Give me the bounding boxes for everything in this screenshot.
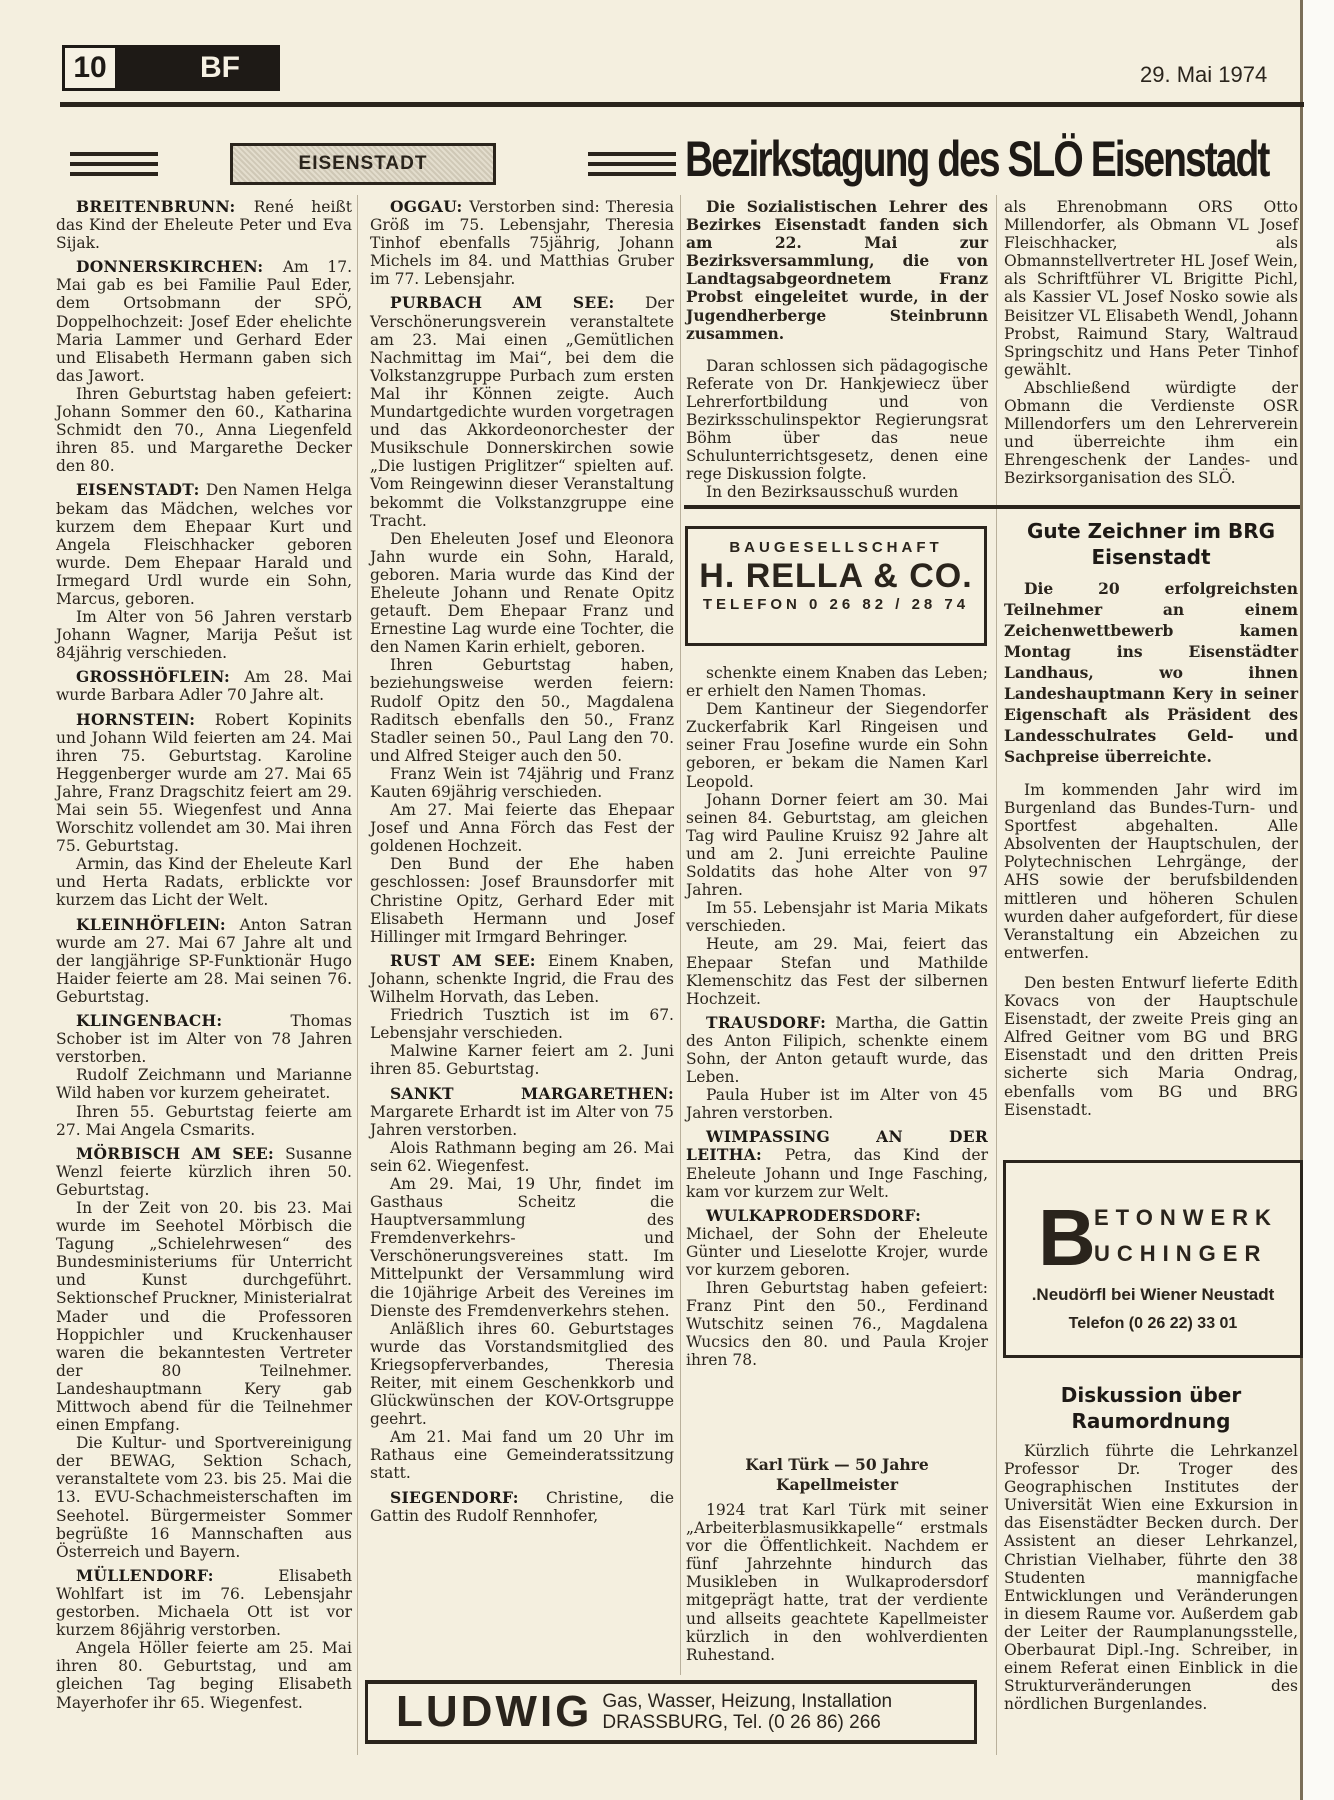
news-item-place: WIMPASSING AN DER LEITHA: Petra, das Kin… (686, 1128, 988, 1200)
place-name: HORNSTEIN: (76, 710, 215, 729)
header-rule (60, 102, 1304, 107)
article-zeichner-paragraph: Im kommenden Jahr wird im Burgenland das… (1004, 781, 1298, 962)
news-item-place: PURBACH AM SEE: Der Verschönerungsverein… (370, 294, 674, 529)
ad-rella-phone: TELEFON 0 26 82 / 28 74 (688, 596, 984, 613)
news-item: Ihren Geburtstag haben gefeiert: Franz P… (686, 1279, 988, 1369)
article-tuerk-headline: Karl Türk — 50 Jahre Kapellmeister (686, 1455, 988, 1495)
article-tuerk-body: 1924 trat Karl Türk mit seiner „Arbeiter… (686, 1501, 988, 1664)
news-item: Den Eheleuten Josef und Eleonora Jahn wu… (370, 530, 674, 657)
place-name: DONNERSKIRCHEN: (76, 257, 283, 276)
place-name: WIMPASSING AN DER LEITHA: (686, 1127, 988, 1164)
news-item: Ihren Geburtstag haben, beziehungsweise … (370, 656, 674, 765)
ad-betonwerk-phone: Telefon (0 26 22) 33 01 (1006, 1315, 1300, 1333)
article-slo-paragraph: als Ehrenobmann ORS Otto Millendorfer, a… (1004, 198, 1298, 379)
article-slo-left: Die Sozialistischen Lehrer des Bezirkes … (686, 198, 988, 502)
ad-rella: BAUGESELLSCHAFT H. RELLA & CO. TELEFON 0… (685, 526, 987, 646)
issue-date: 29. Mai 1974 (1140, 62, 1267, 88)
ad-ludwig-services: Gas, Wasser, Heizung, Installation (602, 1691, 892, 1712)
page-number-badge: 10 BF (62, 45, 280, 91)
news-item: schenkte einem Knaben das Leben; er erhi… (686, 664, 988, 700)
news-item: Ihren Geburtstag haben gefeiert: Johann … (56, 385, 352, 475)
news-item: Franz Wein ist 74jährig und Franz Kauten… (370, 765, 674, 801)
news-item: Friedrich Tusztich ist im 67. Lebensjahr… (370, 1006, 674, 1042)
place-name: OGGAU: (390, 197, 469, 216)
place-name: KLEINHÖFLEIN: (76, 915, 240, 934)
news-item-place: OGGAU: Verstorben sind: Theresia Größ im… (370, 198, 674, 288)
news-item-place: KLEINHÖFLEIN: Anton Satran wurde am 27. … (56, 916, 352, 1006)
ad-betonwerk-line1: ETONWERK (1094, 1205, 1278, 1231)
article-slo-paragraph: Daran schlossen sich pädagogische Refera… (686, 357, 988, 484)
news-item: Am 21. Mai fand um 20 Uhr im Rathaus ein… (370, 1428, 674, 1482)
place-name: BREITENBRUNN: (76, 197, 254, 216)
ad-ludwig-name: LUDWIG (368, 1687, 602, 1737)
ad-betonwerk-location: .Neudörfl bei Wiener Neustadt (1006, 1285, 1300, 1305)
news-item: Am 27. Mai feierte das Ehepaar Josef und… (370, 801, 674, 855)
news-item-place: EISENSTADT: Den Namen Helga bekam das Mä… (56, 481, 352, 608)
column-divider (357, 195, 358, 1755)
place-name: TRAUSDORF: (706, 1013, 835, 1032)
page-number: 10 (62, 45, 118, 91)
ad-betonwerk-line2: UCHINGER (1094, 1241, 1267, 1267)
column-divider (996, 195, 997, 1755)
ad-rella-name: H. RELLA & CO. (688, 556, 984, 596)
article-raumordnung-text: Kürzlich führte die Lehrkanzel Professor… (1004, 1442, 1298, 1713)
place-name: MÖRBISCH AM SEE: (76, 1144, 285, 1163)
article-tuerk: Karl Türk — 50 Jahre Kapellmeister 1924 … (686, 1455, 988, 1664)
news-item-place: MÜLLENDORF: Elisabeth Wohlfart ist im 76… (56, 1567, 352, 1639)
article-slo-paragraph: In den Bezirksausschuß wurden (686, 483, 988, 501)
news-item: Armin, das Kind der Eheleute Karl und He… (56, 855, 352, 909)
news-item-place: BREITENBRUNN: René heißt das Kind der Eh… (56, 198, 352, 252)
place-name: GROSSHÖFLEIN: (76, 667, 244, 686)
news-item: Angela Höller feierte am 25. Mai ihren 8… (56, 1639, 352, 1711)
news-item-place: SANKT MARGARETHEN: Margarete Erhardt ist… (370, 1085, 674, 1139)
news-item-place: SIEGENDORF: Christine, die Gattin des Ru… (370, 1489, 674, 1525)
article-slo-right: als Ehrenobmann ORS Otto Millendorfer, a… (1004, 198, 1298, 488)
news-item-place: MÖRBISCH AM SEE: Susanne Wenzl feierte k… (56, 1145, 352, 1199)
ad-betonwerk: B ETONWERK UCHINGER .Neudörfl bei Wiener… (1003, 1160, 1303, 1358)
decorative-lines-left (70, 152, 158, 182)
page-edge (1300, 0, 1334, 1800)
local-news-column-3: schenkte einem Knaben das Leben; er erhi… (686, 664, 988, 1370)
local-news-column-1: BREITENBRUNN: René heißt das Kind der Eh… (56, 198, 352, 1712)
place-name: EISENSTADT: (76, 480, 206, 499)
article-slo-lead: Die Sozialistischen Lehrer des Bezirkes … (686, 198, 988, 343)
news-item: Malwine Karner feiert am 2. Juni ihren 8… (370, 1042, 674, 1078)
news-item-place: DONNERSKIRCHEN: Am 17. Mai gab es bei Fa… (56, 258, 352, 385)
place-name: MÜLLENDORF: (76, 1566, 278, 1585)
article-raumordnung: Diskussion über Raumordnung Kürzlich füh… (1004, 1382, 1298, 1713)
place-name: KLINGENBACH: (76, 1011, 290, 1030)
ad-ludwig-address: DRASSBURG, Tel. (0 26 86) 266 (602, 1712, 892, 1733)
ad-ludwig: LUDWIG Gas, Wasser, Heizung, Installatio… (365, 1680, 977, 1744)
news-item: In der Zeit von 20. bis 23. Mai wurde im… (56, 1199, 352, 1434)
news-item: Heute, am 29. Mai, feiert das Ehepaar St… (686, 935, 988, 1007)
news-item-place: KLINGENBACH: Thomas Schober ist im Alter… (56, 1012, 352, 1066)
section-label: EISENSTADT (230, 143, 496, 185)
article-zeichner-body: Die 20 erfolgreichsten Teilnehmer an ein… (1004, 578, 1298, 1119)
article-zeichner-headline: Gute Zeichner im BRG Eisenstadt (1004, 518, 1298, 570)
ad-rella-tagline: BAUGESELLSCHAFT (688, 539, 984, 556)
article-zeichner: Gute Zeichner im BRG Eisenstadt Die 20 e… (1004, 518, 1298, 1119)
place-name: RUST AM SEE: (390, 951, 548, 970)
ad-betonwerk-initial: B (1038, 1203, 1096, 1273)
news-item: Dem Kantineur der Siegendorfer Zuckerfab… (686, 700, 988, 790)
section-code: BF (118, 45, 280, 91)
news-item: Die Kultur- und Sportvereinigung der BEW… (56, 1434, 352, 1561)
news-item-place: HORNSTEIN: Robert Kopinits und Johann Wi… (56, 711, 352, 856)
column-divider (680, 195, 681, 1675)
news-item: Den Bund der Ehe haben geschlossen: Jose… (370, 855, 674, 945)
article-slo-paragraph: Abschließend würdigte der Obmann die Ver… (1004, 379, 1298, 488)
news-item-place: TRAUSDORF: Martha, die Gattin des Anton … (686, 1014, 988, 1086)
place-name: SIEGENDORF: (390, 1488, 546, 1507)
article-divider (684, 505, 1300, 509)
news-item: Am 29. Mai, 19 Uhr, findet im Gasthaus S… (370, 1175, 674, 1320)
place-name: WULKAPRODERSDORF: (706, 1206, 921, 1225)
article-raumordnung-body: Kürzlich führte die Lehrkanzel Professor… (1004, 1442, 1298, 1713)
news-item: Rudolf Zeichmann und Marianne Wild haben… (56, 1066, 352, 1102)
news-item-place: WULKAPRODERSDORF: Michael, der Sohn der … (686, 1207, 988, 1279)
news-item: Paula Huber ist im Alter von 45 Jahren v… (686, 1086, 988, 1122)
news-item: Alois Rathmann beging am 26. Mai sein 62… (370, 1139, 674, 1175)
news-item-place: RUST AM SEE: Einem Knaben, Johann, schen… (370, 952, 674, 1006)
news-item: Johann Dorner feiert am 30. Mai seinen 8… (686, 791, 988, 900)
place-name: PURBACH AM SEE: (390, 293, 645, 312)
local-news-column-2: OGGAU: Verstorben sind: Theresia Größ im… (370, 198, 674, 1525)
article-raumordnung-headline: Diskussion über Raumordnung (1004, 1382, 1298, 1434)
place-name: SANKT MARGARETHEN: (390, 1084, 674, 1103)
headline-slo: Bezirkstagung des SLÖ Eisenstadt (685, 130, 1268, 188)
news-item: Anläßlich ihres 60. Geburtstages wurde d… (370, 1320, 674, 1429)
decorative-lines-right (588, 152, 676, 182)
news-item: Im Alter von 56 Jahren verstarb Johann W… (56, 608, 352, 662)
article-zeichner-lead: Die 20 erfolgreichsten Teilnehmer an ein… (1004, 578, 1298, 767)
news-item-place: GROSSHÖFLEIN: Am 28. Mai wurde Barbara A… (56, 668, 352, 704)
article-zeichner-paragraph: Den besten Entwurf lieferte Edith Kovacs… (1004, 974, 1298, 1119)
news-item: Ihren 55. Geburtstag feierte am 27. Mai … (56, 1103, 352, 1139)
news-item: Im 55. Lebensjahr ist Maria Mikats versc… (686, 899, 988, 935)
